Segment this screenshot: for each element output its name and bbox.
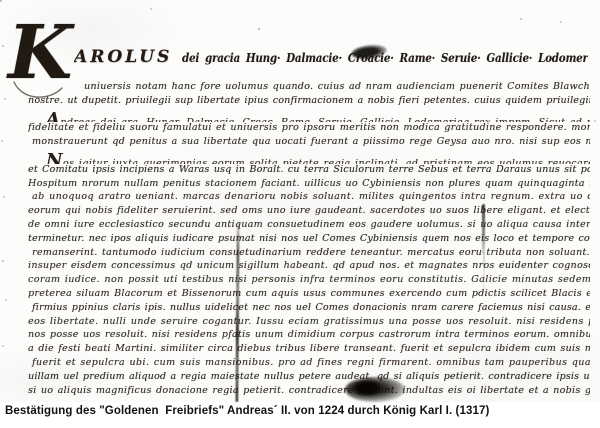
manuscript-line: eorum qui nobis fideliter seruierint. se… — [28, 205, 590, 219]
manuscript-line: preterea siluam Blacorum et Bissenorum c… — [28, 288, 590, 302]
manuscript-scan: K AROLUS dei gracia Hung· Dalmacie· Croa… — [0, 0, 600, 402]
scan-specks — [0, 0, 2, 2]
manuscript-line: eos libertate. nulli unde seruire cogant… — [28, 316, 590, 330]
manuscript-line: Nos igitur iuxta querimonias eorum solit… — [28, 150, 590, 164]
king-name: AROLUS — [74, 47, 172, 67]
manuscript-line: uniuersis notam hanc fore uolumus quando… — [28, 81, 590, 95]
manuscript-line: Hospitum nrorum nullam penitus stacionem… — [28, 178, 590, 192]
manuscript-line: monstrauerunt qd penitus a sua libertate… — [28, 136, 590, 150]
manuscript-line: et Comitatu ipsis incipiens a Waras usq … — [28, 164, 590, 178]
caption: Bestätigung des "Goldenen Freibriefs" An… — [5, 404, 597, 420]
manuscript-text-block: uniuersis notam hanc fore uolumus quando… — [28, 81, 590, 401]
manuscript-line: de omni iure ecclesiastico secundu antiq… — [28, 219, 590, 233]
manuscript-line: coram iudice. non possit uti testibus ni… — [28, 274, 590, 288]
fold-crease-right-faint — [483, 252, 485, 298]
manuscript-line: si uo aliquis magnificus donacione regia… — [28, 385, 590, 399]
manuscript-line: nos posse uos resoluit. nisi residens pf… — [28, 329, 590, 343]
manuscript-line: uillam uel predium aliquod a regia maies… — [28, 371, 590, 385]
manuscript-line: terminetur. nec ipos aliquis iudicare ps… — [28, 233, 590, 247]
royal-intitulation-line: AROLUS dei gracia Hung· Dalmacie· Croaci… — [74, 47, 588, 73]
manuscript-line: firmius ppinius claris ipis. nullus uide… — [28, 302, 590, 316]
manuscript-line: fidelitate et fideliu suoru famulatui et… — [28, 122, 590, 136]
manuscript-line: fuerit et sepulcra ubi. cum suis mansion… — [28, 357, 590, 371]
manuscript-line: remanserint. tantumodo iudicium consuetu… — [28, 247, 590, 261]
fold-crease-right — [482, 204, 485, 254]
manuscript-line: Andreas dei gra. Hungr. Dalmacie. Croac.… — [28, 109, 590, 123]
ink-blot-bottom-core — [352, 380, 382, 396]
manuscript-line: ab unoquoq aratro ueniant. marcas denari… — [28, 191, 590, 205]
manuscript-line: nostre. ut dupetit. priuilegii sup liber… — [28, 95, 590, 109]
manuscript-line: insuper eisdem concessimus qd unicum sig… — [28, 260, 590, 274]
manuscript-line: a die festi beati Martini. similiter cir… — [28, 343, 590, 357]
